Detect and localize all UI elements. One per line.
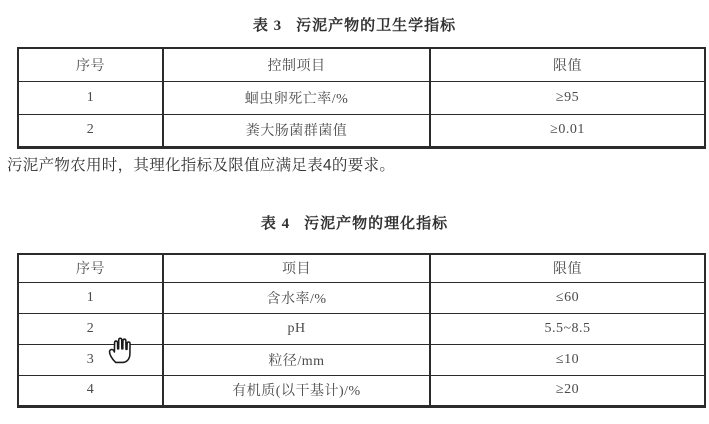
cell-item: 粪大肠菌群菌值 (163, 114, 430, 147)
table-row: 4 有机质(以干基计)/% ≥20 (18, 375, 705, 406)
cell-limit: ≤60 (430, 282, 705, 313)
table4-label: 表 4 (261, 216, 290, 232)
table-row: 1 含水率/% ≤60 (18, 282, 705, 313)
table-row: 3 粒径/mm ≤10 (18, 344, 705, 375)
table4: 序号 项目 限值 1 含水率/% ≤60 2 pH 5.5~8.5 3 粒径/m… (17, 253, 706, 408)
document-page: 表 3污泥产物的卫生学指标 序号 控制项目 限值 1 蛔虫卵死亡率/% ≥95 … (0, 0, 709, 424)
table4-title: 表 4污泥产物的理化指标 (0, 212, 709, 233)
cell-seq: 1 (18, 81, 163, 114)
table3-title-text: 污泥产物的卫生学指标 (296, 18, 456, 34)
cell-limit: 5.5~8.5 (430, 313, 705, 344)
header-cell: 控制项目 (163, 48, 430, 81)
table4-title-text: 污泥产物的理化指标 (304, 216, 448, 232)
header-cell: 项目 (163, 254, 430, 282)
cell-limit: ≥0.01 (430, 114, 705, 147)
table-row: 2 pH 5.5~8.5 (18, 313, 705, 344)
header-cell: 限值 (430, 254, 705, 282)
table-header-row: 序号 控制项目 限值 (18, 48, 705, 81)
cell-seq: 1 (18, 282, 163, 313)
table3: 序号 控制项目 限值 1 蛔虫卵死亡率/% ≥95 2 粪大肠菌群菌值 ≥0.0… (17, 47, 706, 149)
cell-seq: 2 (18, 313, 163, 344)
table3-label: 表 3 (253, 18, 282, 34)
cell-seq: 2 (18, 114, 163, 147)
cell-item: 蛔虫卵死亡率/% (163, 81, 430, 114)
cell-seq: 3 (18, 344, 163, 375)
header-cell: 限值 (430, 48, 705, 81)
cell-seq: 4 (18, 375, 163, 406)
table-row: 1 蛔虫卵死亡率/% ≥95 (18, 81, 705, 114)
cell-item: 有机质(以干基计)/% (163, 375, 430, 406)
cell-item: 粒径/mm (163, 344, 430, 375)
cell-limit: ≥95 (430, 81, 705, 114)
cell-item: pH (163, 313, 430, 344)
cell-limit: ≥20 (430, 375, 705, 406)
table-row: 2 粪大肠菌群菌值 ≥0.01 (18, 114, 705, 147)
cell-item: 含水率/% (163, 282, 430, 313)
cell-limit: ≤10 (430, 344, 705, 375)
table3-title: 表 3污泥产物的卫生学指标 (0, 14, 709, 35)
header-cell: 序号 (18, 254, 163, 282)
header-cell: 序号 (18, 48, 163, 81)
table-header-row: 序号 项目 限值 (18, 254, 705, 282)
body-paragraph: 污泥产物农用时，其理化指标及限值应满足表4的要求。 (7, 153, 395, 175)
